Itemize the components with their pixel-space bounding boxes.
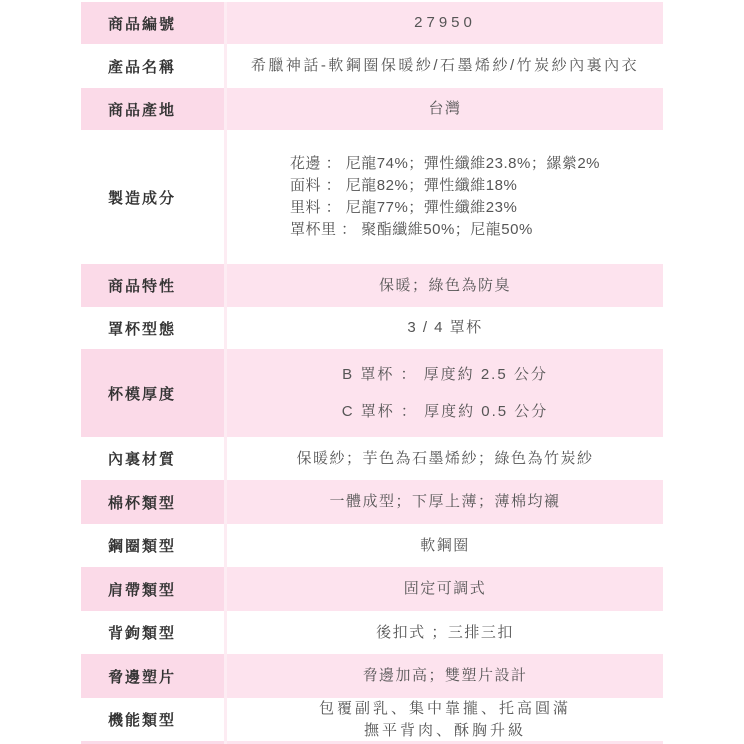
product-spec-page: 商品編號 27950 產品名稱 希臘神話-軟鋼圈保暖紗/石墨烯紗/竹炭紗內裏內衣… xyxy=(0,0,744,744)
row-value: 保暖；綠色為防臭 xyxy=(379,275,511,297)
row-label-cell: 罩杯型態 xyxy=(81,307,224,349)
row-value: 後扣式 ；三排三扣 xyxy=(376,622,514,644)
row-label-cell: 產品名稱 xyxy=(81,44,224,88)
row-value-cell: 花邊 ： 尼龍74%；彈性纖維23.8%；縲縈2% 面料 ： 尼龍82%；彈性纖… xyxy=(224,130,663,264)
row-value: 台灣 xyxy=(428,98,461,120)
row-label: 產品名稱 xyxy=(108,56,176,77)
table-row: 肩帶類型 固定可調式 xyxy=(81,567,663,611)
row-label-cell: 脅邊塑片 xyxy=(81,654,224,698)
row-value-cell: B 罩杯 ： 厚度約 2.5 公分 C 罩杯 ： 厚度約 0.5 公分 xyxy=(224,349,663,437)
row-label: 製造成分 xyxy=(108,187,176,208)
table-row: 杯模厚度 B 罩杯 ： 厚度約 2.5 公分 C 罩杯 ： 厚度約 0.5 公分 xyxy=(81,349,663,437)
row-label: 罩杯型態 xyxy=(108,318,176,339)
row-label-cell: 鋼圈類型 xyxy=(81,524,224,567)
row-value-cell: 台灣 xyxy=(224,88,663,130)
row-value: 脅邊加高；雙塑片設計 xyxy=(362,665,527,687)
row-value: B 罩杯 ： 厚度約 2.5 公分 C 罩杯 ： 厚度約 0.5 公分 xyxy=(342,356,549,430)
row-value-cell: 3 / 4 罩杯 xyxy=(224,307,663,349)
row-value: 軟鋼圈 xyxy=(420,535,470,557)
table-row: 商品特性 保暖；綠色為防臭 xyxy=(81,264,663,307)
row-label-cell: 內裏材質 xyxy=(81,437,224,480)
table-row: 內裏材質 保暖紗；芋色為石墨烯紗；綠色為竹炭紗 xyxy=(81,437,663,480)
table-row: 脅邊塑片 脅邊加高；雙塑片設計 xyxy=(81,654,663,698)
row-value-cell: 保暖；綠色為防臭 xyxy=(224,264,663,307)
row-label-cell: 商品特性 xyxy=(81,264,224,307)
row-value: 希臘神話-軟鋼圈保暖紗/石墨烯紗/竹炭紗內裏內衣 xyxy=(251,55,639,77)
row-label: 背鉤類型 xyxy=(108,622,176,643)
row-label: 肩帶類型 xyxy=(108,579,176,600)
row-label-cell: 肩帶類型 xyxy=(81,567,224,611)
row-value: 固定可調式 xyxy=(404,578,487,600)
row-value: 包覆副乳、集中靠攏、托高圓滿 撫平背肉、酥胸升級 xyxy=(319,698,571,742)
row-label-cell: 棉杯類型 xyxy=(81,480,224,524)
row-label-cell: 商品產地 xyxy=(81,88,224,130)
row-value: 3 / 4 罩杯 xyxy=(407,317,482,339)
row-label-cell: 商品編號 xyxy=(81,2,224,44)
row-label-cell: 背鉤類型 xyxy=(81,611,224,654)
table-row: 製造成分 花邊 ： 尼龍74%；彈性纖維23.8%；縲縈2% 面料 ： 尼龍82… xyxy=(81,130,663,264)
row-label: 內裏材質 xyxy=(108,448,176,469)
row-label: 商品特性 xyxy=(108,275,176,296)
row-label: 鋼圈類型 xyxy=(108,535,176,556)
row-value: 27950 xyxy=(414,12,476,34)
table-row: 商品產地 台灣 xyxy=(81,88,663,130)
table-row: 棉杯類型 一體成型；下厚上薄；薄棉均襯 xyxy=(81,480,663,524)
product-spec-table: 商品編號 27950 產品名稱 希臘神話-軟鋼圈保暖紗/石墨烯紗/竹炭紗內裏內衣… xyxy=(81,2,663,744)
row-value-cell: 後扣式 ；三排三扣 xyxy=(224,611,663,654)
row-label: 脅邊塑片 xyxy=(108,666,176,687)
row-value: 花邊 ： 尼龍74%；彈性纖維23.8%；縲縈2% 面料 ： 尼龍82%；彈性纖… xyxy=(290,153,600,241)
row-value: 一體成型；下厚上薄；薄棉均襯 xyxy=(329,491,560,513)
table-row: 罩杯型態 3 / 4 罩杯 xyxy=(81,307,663,349)
row-label: 機能類型 xyxy=(108,709,176,730)
row-value-cell: 軟鋼圈 xyxy=(224,524,663,567)
row-label-cell: 製造成分 xyxy=(81,130,224,264)
row-value-cell: 包覆副乳、集中靠攏、托高圓滿 撫平背肉、酥胸升級 xyxy=(224,698,663,741)
table-row: 機能類型 包覆副乳、集中靠攏、托高圓滿 撫平背肉、酥胸升級 xyxy=(81,698,663,741)
row-label-cell: 機能類型 xyxy=(81,698,224,741)
row-value-cell: 一體成型；下厚上薄；薄棉均襯 xyxy=(224,480,663,524)
row-value-cell: 固定可調式 xyxy=(224,567,663,611)
table-row: 鋼圈類型 軟鋼圈 xyxy=(81,524,663,567)
row-label: 商品產地 xyxy=(108,99,176,120)
row-label: 商品編號 xyxy=(108,13,176,34)
row-label-cell: 杯模厚度 xyxy=(81,349,224,437)
row-value-cell: 脅邊加高；雙塑片設計 xyxy=(224,654,663,698)
table-row: 商品編號 27950 xyxy=(81,2,663,44)
row-label: 杯模厚度 xyxy=(108,383,176,404)
table-row: 背鉤類型 後扣式 ；三排三扣 xyxy=(81,611,663,654)
row-value-cell: 27950 xyxy=(224,2,663,44)
row-value: 保暖紗；芋色為石墨烯紗；綠色為竹炭紗 xyxy=(296,448,593,470)
row-value-cell: 希臘神話-軟鋼圈保暖紗/石墨烯紗/竹炭紗內裏內衣 xyxy=(224,44,663,88)
row-value-cell: 保暖紗；芋色為石墨烯紗；綠色為竹炭紗 xyxy=(224,437,663,480)
table-row: 產品名稱 希臘神話-軟鋼圈保暖紗/石墨烯紗/竹炭紗內裏內衣 xyxy=(81,44,663,88)
row-label: 棉杯類型 xyxy=(108,492,176,513)
